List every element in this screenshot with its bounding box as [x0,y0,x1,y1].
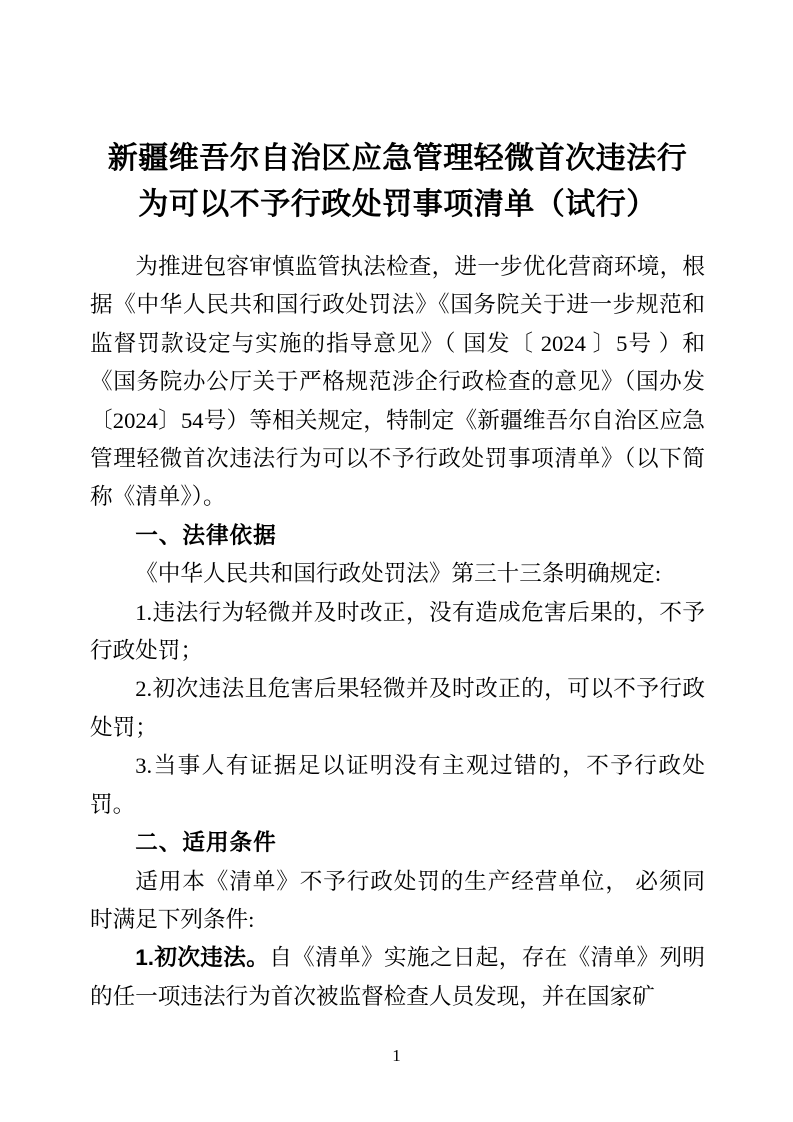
page-footer: 1 [0,1046,793,1066]
section-heading: 一、法律依据 [90,517,705,555]
section-heading: 二、适用条件 [90,824,705,862]
document-title: 新疆维吾尔自治区应急管理轻微首次违法行 为可以不予行政处罚事项清单（试行） [90,136,705,228]
document-title-line-2: 为可以不予行政处罚事项清单（试行） [90,182,705,228]
paragraph: 适用本《清单》不予行政处罚的生产经营单位， 必须同时满足下列条件: [90,863,705,940]
paragraph: 为推进包容审慎监管执法检查，进一步优化营商环境，根据《中华人民共和国行政处罚法》… [90,248,705,517]
paragraph: 2.初次违法且危害后果轻微并及时改正的，可以不予行政处罚； [90,670,705,747]
document-body: 为推进包容审慎监管执法检查，进一步优化营商环境，根据《中华人民共和国行政处罚法》… [90,248,705,1016]
paragraph: 1.初次违法。自《清单》实施之日起，存在《清单》列明的任一项违法行为首次被监督检… [90,939,705,1016]
document-title-line-1: 新疆维吾尔自治区应急管理轻微首次违法行 [90,136,705,182]
paragraph: 1.违法行为轻微并及时改正，没有造成危害后果的，不予行政处罚； [90,594,705,671]
document-page: 新疆维吾尔自治区应急管理轻微首次违法行 为可以不予行政处罚事项清单（试行） 为推… [0,0,793,1122]
paragraph: 《中华人民共和国行政处罚法》第三十三条明确规定: [90,555,705,593]
paragraph: 3.当事人有证据足以证明没有主观过错的，不予行政处罚。 [90,747,705,824]
paragraph-bold-lead: 1.初次违法。 [135,945,269,970]
page-number: 1 [392,1046,401,1065]
